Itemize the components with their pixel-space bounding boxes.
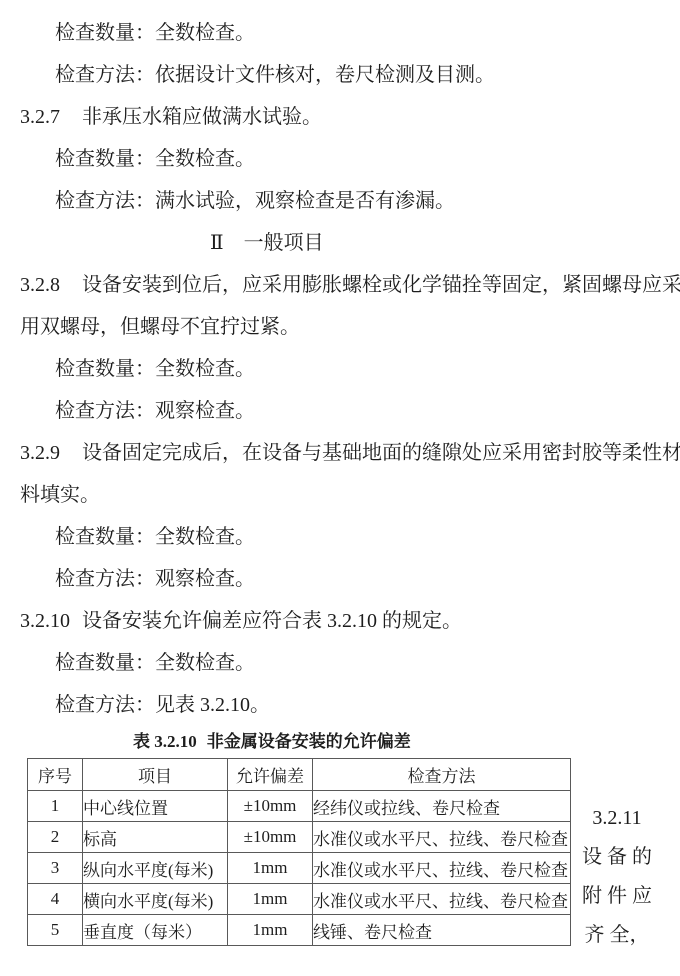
table-row: 1 中心线位置 ±10mm 经纬仪或拉线、卷尺检查 — [28, 791, 571, 822]
section-number: 3.2.9 — [20, 432, 82, 474]
col-header-check-method: 检查方法 — [313, 759, 571, 791]
section-text: 设备安装允许偏差应符合表 3.2.10 的规定。 — [82, 610, 462, 632]
margin-note-line: 齐 全， — [582, 916, 652, 955]
col-header-item: 项目 — [83, 759, 228, 791]
document-body: 检查数量：全数检查。 检查方法：依据设计文件核对，卷尺检测及目测。 3.2.7非… — [0, 0, 680, 976]
section-number: 3.2.8 — [20, 264, 82, 306]
check-quantity-line: 检查数量：全数检查。 — [20, 642, 680, 684]
section-3-2-11-note: 3.2.11 设 备 的 附 件 应 齐 全， — [582, 799, 652, 955]
col-header-index: 序号 — [28, 759, 83, 791]
cell-deviation: 1mm — [228, 915, 313, 946]
margin-note-line: 设 备 的 — [582, 838, 652, 877]
check-method-line: 检查方法：观察检查。 — [20, 558, 680, 600]
section-3-2-7: 3.2.7非承压水箱应做满水试验。 — [20, 96, 680, 138]
cell-method: 水准仪或水平尺、拉线、卷尺检查 — [313, 822, 571, 853]
section-3-2-8: 3.2.8设备安装到位后，应采用膨胀螺栓或化学锚拴等固定，紧固螺母应采 — [20, 264, 680, 306]
section-number: 3.2.10 — [20, 600, 82, 642]
cell-deviation: 1mm — [228, 884, 313, 915]
section-3-2-10: 3.2.10设备安装允许偏差应符合表 3.2.10 的规定。 — [20, 600, 680, 642]
table-row: 3 纵向水平度(每米) 1mm 水准仪或水平尺、拉线、卷尺检查 — [28, 853, 571, 884]
cell-method: 水准仪或水平尺、拉线、卷尺检查 — [313, 884, 571, 915]
table-header-row: 序号 项目 允许偏差 检查方法 — [28, 759, 571, 791]
section-3-2-9: 3.2.9设备固定完成后，在设备与基础地面的缝隙处应采用密封胶等柔性材 — [20, 432, 680, 474]
cell-index: 3 — [28, 853, 83, 884]
deviation-table: 序号 项目 允许偏差 检查方法 1 中心线位置 ±10mm 经纬仪或拉线、卷尺检… — [27, 758, 571, 946]
subsection-heading-general-items: Ⅱ 一般项目 — [20, 222, 680, 264]
cell-method: 线锤、卷尺检查 — [313, 915, 571, 946]
check-quantity-line: 检查数量：全数检查。 — [20, 12, 680, 54]
cell-index: 1 — [28, 791, 83, 822]
cell-deviation: 1mm — [228, 853, 313, 884]
table-title-number: 表 3.2.10 — [133, 732, 197, 751]
cell-deviation: ±10mm — [228, 822, 313, 853]
col-header-allowed-deviation: 允许偏差 — [228, 759, 313, 791]
section-3-2-9-continuation: 料填实。 — [20, 474, 680, 516]
check-method-line: 检查方法：观察检查。 — [20, 390, 680, 432]
cell-item: 中心线位置 — [83, 791, 228, 822]
table-title: 表 3.2.10非金属设备安装的允许偏差 — [20, 726, 680, 758]
cell-index: 5 — [28, 915, 83, 946]
check-method-line: 检查方法：满水试验，观察检查是否有渗漏。 — [20, 180, 680, 222]
check-method-line: 检查方法：依据设计文件核对，卷尺检测及目测。 — [20, 54, 680, 96]
check-quantity-line: 检查数量：全数检查。 — [20, 138, 680, 180]
section-text: 非承压水箱应做满水试验。 — [82, 106, 322, 128]
table-title-text: 非金属设备安装的允许偏差 — [207, 732, 411, 751]
cell-item: 横向水平度(每米) — [83, 884, 228, 915]
section-3-2-8-continuation: 用双螺母，但螺母不宜拧过紧。 — [20, 306, 680, 348]
margin-note-line: 3.2.11 — [582, 799, 652, 838]
cell-item: 垂直度（每米） — [83, 915, 228, 946]
section-text: 设备固定完成后，在设备与基础地面的缝隙处应采用密封胶等柔性材 — [82, 442, 680, 464]
cell-item: 标高 — [83, 822, 228, 853]
section-text: 设备安装到位后，应采用膨胀螺栓或化学锚拴等固定，紧固螺母应采 — [82, 274, 680, 296]
cell-deviation: ±10mm — [228, 791, 313, 822]
margin-note-line: 附 件 应 — [582, 877, 652, 916]
table-row: 5 垂直度（每米） 1mm 线锤、卷尺检查 — [28, 915, 571, 946]
check-quantity-line: 检查数量：全数检查。 — [20, 348, 680, 390]
cell-method: 水准仪或水平尺、拉线、卷尺检查 — [313, 853, 571, 884]
cell-index: 4 — [28, 884, 83, 915]
check-method-line: 检查方法：见表 3.2.10。 — [20, 684, 680, 726]
document-page: 检查数量：全数检查。 检查方法：依据设计文件核对，卷尺检测及目测。 3.2.7非… — [0, 0, 680, 976]
cell-index: 2 — [28, 822, 83, 853]
cell-method: 经纬仪或拉线、卷尺检查 — [313, 791, 571, 822]
section-number: 3.2.7 — [20, 96, 82, 138]
check-quantity-line: 检查数量：全数检查。 — [20, 516, 680, 558]
table-row: 4 横向水平度(每米) 1mm 水准仪或水平尺、拉线、卷尺检查 — [28, 884, 571, 915]
table-row: 2 标高 ±10mm 水准仪或水平尺、拉线、卷尺检查 — [28, 822, 571, 853]
cell-item: 纵向水平度(每米) — [83, 853, 228, 884]
